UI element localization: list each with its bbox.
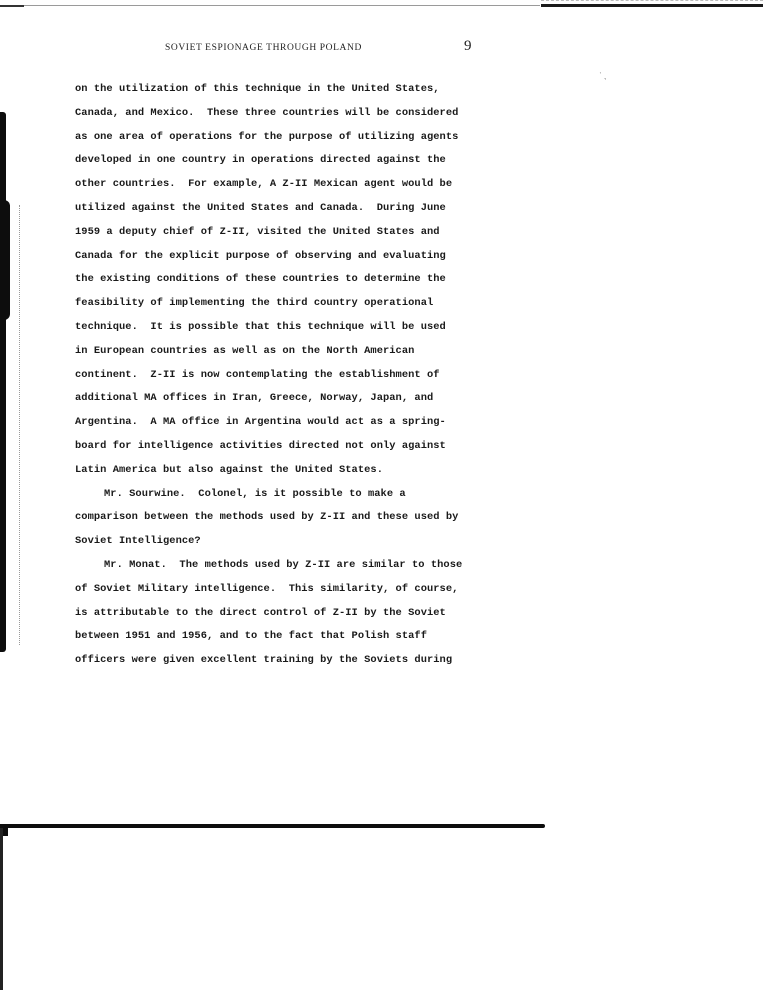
text-line: additional MA offices in Iran, Greece, N… bbox=[75, 391, 475, 415]
scan-top-edge-dots bbox=[541, 0, 763, 2]
scan-left-faint-line bbox=[19, 205, 21, 645]
text-line: technique. It is possible that this tech… bbox=[75, 320, 475, 344]
text-line: Soviet Intelligence? bbox=[75, 534, 475, 558]
text-line: officers were given excellent training b… bbox=[75, 653, 475, 677]
scan-top-right-bar bbox=[541, 4, 763, 7]
text-line: of Soviet Military intelligence. This si… bbox=[75, 582, 475, 606]
text-line: as one area of operations for the purpos… bbox=[75, 130, 475, 154]
scan-left-lower-edge bbox=[0, 828, 3, 990]
text-line: 1959 a deputy chief of Z-II, visited the… bbox=[75, 225, 475, 249]
text-line: the existing conditions of these countri… bbox=[75, 272, 475, 296]
scan-left-binding-bulge bbox=[0, 200, 10, 320]
text-line: developed in one country in operations d… bbox=[75, 153, 475, 177]
text-line: comparison between the methods used by Z… bbox=[75, 510, 475, 534]
text-line: Canada, and Mexico. These three countrie… bbox=[75, 106, 475, 130]
speaker-line-sourwine: Mr. Sourwine. Colonel, is it possible to… bbox=[75, 487, 475, 511]
text-line: other countries. For example, A Z-II Mex… bbox=[75, 177, 475, 201]
text-line: continent. Z-II is now contemplating the… bbox=[75, 368, 475, 392]
text-line: Argentina. A MA office in Argentina woul… bbox=[75, 415, 475, 439]
scan-speck-mark: ʿˎ bbox=[598, 72, 608, 81]
scan-top-rule bbox=[0, 5, 540, 6]
text-line: is attributable to the direct control of… bbox=[75, 606, 475, 630]
page-number: 9 bbox=[464, 38, 472, 55]
text-line: board for intelligence activities direct… bbox=[75, 439, 475, 463]
text-line: on the utilization of this technique in … bbox=[75, 82, 475, 106]
text-line: in European countries as well as on the … bbox=[75, 344, 475, 368]
scan-top-rule-left-mark bbox=[0, 5, 24, 7]
scan-bottom-edge-bar bbox=[0, 824, 545, 828]
text-line: between 1951 and 1956, and to the fact t… bbox=[75, 629, 475, 653]
text-line: feasibility of implementing the third co… bbox=[75, 296, 475, 320]
speaker-line-monat: Mr. Monat. The methods used by Z-II are … bbox=[75, 558, 475, 582]
document-body: on the utilization of this technique in … bbox=[75, 82, 475, 677]
running-head: SOVIET ESPIONAGE THROUGH POLAND bbox=[165, 43, 362, 53]
scan-left-binding-shadow bbox=[0, 112, 6, 652]
text-line: Latin America but also against the Unite… bbox=[75, 463, 475, 487]
text-line: Canada for the explicit purpose of obser… bbox=[75, 249, 475, 273]
text-line: utilized against the United States and C… bbox=[75, 201, 475, 225]
